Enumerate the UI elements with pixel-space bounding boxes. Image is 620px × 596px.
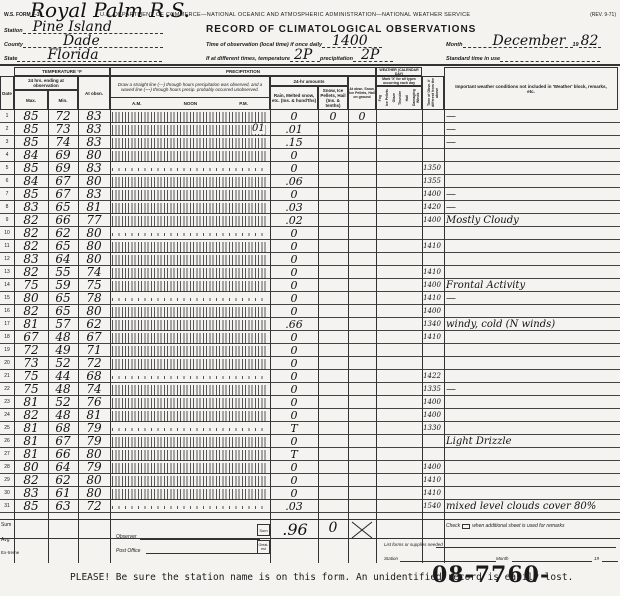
min-temp[interactable]: 72 bbox=[48, 110, 78, 122]
obs-temp[interactable]: 72 bbox=[78, 357, 110, 369]
snow-amount[interactable] bbox=[318, 461, 348, 473]
snow-amount[interactable] bbox=[318, 331, 348, 343]
obs-temp[interactable]: 83 bbox=[78, 123, 110, 135]
ground-snow[interactable] bbox=[348, 162, 376, 174]
hourly-precip-ticks[interactable] bbox=[112, 359, 268, 370]
snow-amount[interactable] bbox=[318, 162, 348, 174]
precip-amount[interactable]: 0 bbox=[270, 435, 318, 447]
min-temp[interactable]: 49 bbox=[48, 344, 78, 356]
obs-time[interactable] bbox=[422, 149, 442, 161]
min-temp[interactable]: 65 bbox=[48, 201, 78, 213]
hourly-precip-ticks[interactable] bbox=[112, 476, 268, 487]
ground-snow[interactable] bbox=[348, 227, 376, 239]
ground-snow[interactable] bbox=[348, 305, 376, 317]
obs-time[interactable] bbox=[422, 136, 442, 148]
day-number[interactable]: 20 bbox=[0, 357, 14, 369]
remark[interactable]: windy, cold (N winds) bbox=[446, 318, 618, 330]
remark[interactable] bbox=[446, 422, 618, 434]
max-temp[interactable]: 85 bbox=[14, 136, 48, 148]
hourly-precip-ticks[interactable] bbox=[112, 428, 268, 431]
min-temp[interactable]: 48 bbox=[48, 383, 78, 395]
precip-amount[interactable]: 0 bbox=[270, 188, 318, 200]
obs-time[interactable]: 1350 bbox=[422, 162, 442, 174]
snow-amount[interactable] bbox=[318, 240, 348, 252]
ground-snow[interactable]: 0 bbox=[348, 110, 376, 122]
obs-temp[interactable]: 78 bbox=[78, 292, 110, 304]
obs-time[interactable]: 1540 bbox=[422, 500, 442, 512]
remark[interactable] bbox=[446, 409, 618, 421]
max-temp[interactable]: 81 bbox=[14, 448, 48, 460]
hourly-precip-ticks[interactable] bbox=[112, 242, 268, 253]
standard-time-field[interactable]: Standard time in use bbox=[446, 50, 600, 62]
precip-amount[interactable]: 0 bbox=[270, 292, 318, 304]
remark[interactable]: — bbox=[446, 383, 618, 395]
hourly-precip-ticks[interactable] bbox=[112, 233, 268, 236]
day-number[interactable]: 25 bbox=[0, 422, 14, 434]
precip-amount[interactable]: 0 bbox=[270, 110, 318, 122]
max-temp[interactable]: 82 bbox=[14, 305, 48, 317]
hourly-precip-ticks[interactable] bbox=[112, 255, 268, 266]
obs-time[interactable]: 1422 bbox=[422, 370, 442, 382]
snow-amount[interactable] bbox=[318, 422, 348, 434]
hourly-precip-ticks[interactable] bbox=[112, 320, 268, 331]
min-temp[interactable]: 69 bbox=[48, 149, 78, 161]
obs-time[interactable]: 1400 bbox=[422, 396, 442, 408]
obs-temp[interactable]: 67 bbox=[78, 331, 110, 343]
snow-amount[interactable] bbox=[318, 487, 348, 499]
max-temp[interactable]: 80 bbox=[14, 292, 48, 304]
max-temp[interactable]: 82 bbox=[14, 474, 48, 486]
obs-time[interactable]: 1355 bbox=[422, 175, 442, 187]
day-number[interactable]: 14 bbox=[0, 279, 14, 291]
day-number[interactable]: 29 bbox=[0, 474, 14, 486]
day-number[interactable]: 11 bbox=[0, 240, 14, 252]
obs-temp[interactable]: 80 bbox=[78, 474, 110, 486]
min-temp[interactable]: 48 bbox=[48, 331, 78, 343]
ground-snow[interactable] bbox=[348, 487, 376, 499]
hourly-precip-ticks[interactable] bbox=[112, 268, 268, 279]
hourly-precip-ticks[interactable] bbox=[112, 450, 268, 461]
remark[interactable] bbox=[446, 370, 618, 382]
min-temp[interactable]: 62 bbox=[48, 474, 78, 486]
ground-snow[interactable] bbox=[348, 500, 376, 512]
day-number[interactable]: 27 bbox=[0, 448, 14, 460]
snow-amount[interactable] bbox=[318, 396, 348, 408]
obs-time[interactable] bbox=[422, 448, 442, 460]
snow-amount[interactable] bbox=[318, 409, 348, 421]
snow-amount[interactable] bbox=[318, 123, 348, 135]
max-temp[interactable]: 80 bbox=[14, 461, 48, 473]
obs-temp[interactable]: 71 bbox=[78, 344, 110, 356]
min-temp[interactable]: 65 bbox=[48, 240, 78, 252]
obs-temp[interactable]: 83 bbox=[78, 136, 110, 148]
obs-temp[interactable]: 80 bbox=[78, 305, 110, 317]
max-temp[interactable]: 75 bbox=[14, 383, 48, 395]
snow-amount[interactable] bbox=[318, 474, 348, 486]
max-temp[interactable]: 81 bbox=[14, 318, 48, 330]
obs-temp[interactable]: 80 bbox=[78, 448, 110, 460]
day-number[interactable]: 16 bbox=[0, 305, 14, 317]
max-temp[interactable]: 81 bbox=[14, 435, 48, 447]
hourly-precip-ticks[interactable] bbox=[112, 346, 268, 357]
snow-amount[interactable] bbox=[318, 136, 348, 148]
remark[interactable] bbox=[446, 331, 618, 343]
ground-snow[interactable] bbox=[348, 318, 376, 330]
min-temp[interactable]: 57 bbox=[48, 318, 78, 330]
day-number[interactable]: 19 bbox=[0, 344, 14, 356]
max-temp[interactable]: 83 bbox=[14, 201, 48, 213]
remark[interactable]: — bbox=[446, 123, 618, 135]
day-number[interactable]: 8 bbox=[0, 201, 14, 213]
precip-amount[interactable]: .06 bbox=[270, 175, 318, 187]
day-number[interactable]: 22 bbox=[0, 383, 14, 395]
day-number[interactable]: 13 bbox=[0, 266, 14, 278]
remark[interactable] bbox=[446, 266, 618, 278]
obs-time[interactable]: 1400 bbox=[422, 305, 442, 317]
max-temp[interactable]: 82 bbox=[14, 266, 48, 278]
obs-temp[interactable]: 62 bbox=[78, 318, 110, 330]
snow-amount[interactable] bbox=[318, 383, 348, 395]
hourly-precip-ticks[interactable] bbox=[112, 506, 268, 509]
max-temp[interactable]: 82 bbox=[14, 409, 48, 421]
hourly-precip-ticks[interactable] bbox=[112, 203, 268, 214]
remark[interactable]: — bbox=[446, 292, 618, 304]
min-temp[interactable]: 64 bbox=[48, 253, 78, 265]
obs-temp[interactable]: 80 bbox=[78, 240, 110, 252]
max-temp[interactable]: 82 bbox=[14, 240, 48, 252]
ground-snow[interactable] bbox=[348, 344, 376, 356]
ground-snow[interactable] bbox=[348, 422, 376, 434]
max-temp[interactable]: 85 bbox=[14, 188, 48, 200]
obs-temp[interactable]: 77 bbox=[78, 214, 110, 226]
min-temp[interactable]: 64 bbox=[48, 461, 78, 473]
obs-temp[interactable]: 72 bbox=[78, 500, 110, 512]
hourly-precip-ticks[interactable] bbox=[112, 376, 268, 379]
day-number[interactable]: 28 bbox=[0, 461, 14, 473]
obs-time[interactable]: 1400 bbox=[422, 409, 442, 421]
obs-temp[interactable]: 68 bbox=[78, 370, 110, 382]
obs-time[interactable]: 1410 bbox=[422, 487, 442, 499]
ground-snow[interactable] bbox=[348, 396, 376, 408]
snow-amount[interactable] bbox=[318, 448, 348, 460]
ground-snow[interactable] bbox=[348, 383, 376, 395]
snow-amount[interactable] bbox=[318, 214, 348, 226]
obs-temp[interactable]: 80 bbox=[78, 227, 110, 239]
day-number[interactable]: 24 bbox=[0, 409, 14, 421]
remark[interactable]: — bbox=[446, 110, 618, 122]
hourly-precip-ticks[interactable] bbox=[112, 307, 268, 318]
remark[interactable] bbox=[446, 162, 618, 174]
ground-snow[interactable] bbox=[348, 331, 376, 343]
snow-amount[interactable] bbox=[318, 292, 348, 304]
snow-amount[interactable] bbox=[318, 253, 348, 265]
ground-snow[interactable] bbox=[348, 435, 376, 447]
obs-time[interactable]: 1420 bbox=[422, 201, 442, 213]
precip-amount[interactable]: 0 bbox=[270, 461, 318, 473]
precip-amount[interactable]: 0 bbox=[270, 357, 318, 369]
obs-time[interactable]: 1410 bbox=[422, 292, 442, 304]
remark[interactable] bbox=[446, 253, 618, 265]
ground-snow[interactable] bbox=[348, 201, 376, 213]
post-office-line[interactable] bbox=[146, 553, 260, 554]
min-temp[interactable]: 52 bbox=[48, 396, 78, 408]
obs-time[interactable]: 1410 bbox=[422, 474, 442, 486]
day-number[interactable]: 6 bbox=[0, 175, 14, 187]
hourly-precip-ticks[interactable] bbox=[112, 112, 268, 123]
ground-snow[interactable] bbox=[348, 461, 376, 473]
snow-amount[interactable] bbox=[318, 279, 348, 291]
remark[interactable] bbox=[446, 487, 618, 499]
remark[interactable] bbox=[446, 344, 618, 356]
obs-time[interactable]: 1400 bbox=[422, 279, 442, 291]
snow-amount[interactable] bbox=[318, 188, 348, 200]
day-number[interactable]: 23 bbox=[0, 396, 14, 408]
min-temp[interactable]: 63 bbox=[48, 500, 78, 512]
obs-time[interactable] bbox=[422, 123, 442, 135]
hourly-precip-ticks[interactable] bbox=[112, 281, 268, 292]
obs-temp[interactable]: 83 bbox=[78, 162, 110, 174]
day-number[interactable]: 26 bbox=[0, 435, 14, 447]
precip-amount[interactable]: 0 bbox=[270, 409, 318, 421]
max-temp[interactable]: 67 bbox=[14, 331, 48, 343]
obs-time[interactable] bbox=[422, 344, 442, 356]
remark[interactable] bbox=[446, 448, 618, 460]
hourly-precip-ticks[interactable] bbox=[112, 411, 268, 422]
remark[interactable]: Frontal Activity bbox=[446, 279, 618, 291]
precip-amount[interactable]: 0 bbox=[270, 149, 318, 161]
precip-amount[interactable]: 0 bbox=[270, 331, 318, 343]
hourly-precip-ticks[interactable] bbox=[112, 385, 268, 396]
precip-amount[interactable]: 0 bbox=[270, 396, 318, 408]
obs-temp[interactable]: 79 bbox=[78, 461, 110, 473]
max-temp[interactable]: 85 bbox=[14, 500, 48, 512]
day-number[interactable]: 17 bbox=[0, 318, 14, 330]
additional-sheet-checkbox[interactable] bbox=[462, 524, 470, 529]
min-temp[interactable]: 62 bbox=[48, 227, 78, 239]
state-field[interactable]: State Florida bbox=[4, 50, 162, 62]
obs-temp[interactable]: 76 bbox=[78, 396, 110, 408]
max-temp[interactable]: 85 bbox=[14, 162, 48, 174]
ground-snow[interactable] bbox=[348, 136, 376, 148]
ground-snow[interactable] bbox=[348, 474, 376, 486]
month-field[interactable]: Month December 19 82 bbox=[446, 36, 601, 48]
day-number[interactable]: 12 bbox=[0, 253, 14, 265]
max-temp[interactable]: 73 bbox=[14, 357, 48, 369]
obs-time[interactable] bbox=[422, 110, 442, 122]
remark[interactable]: mixed level clouds cover 80% bbox=[446, 500, 618, 512]
day-number[interactable]: 18 bbox=[0, 331, 14, 343]
remark[interactable]: — bbox=[446, 188, 618, 200]
obs-temp[interactable]: 80 bbox=[78, 149, 110, 161]
hourly-precip-ticks[interactable] bbox=[112, 398, 268, 409]
ground-snow[interactable] bbox=[348, 292, 376, 304]
ground-snow[interactable] bbox=[348, 279, 376, 291]
precip-amount[interactable]: 0 bbox=[270, 344, 318, 356]
obs-temp[interactable]: 75 bbox=[78, 279, 110, 291]
hourly-precip-ticks[interactable] bbox=[112, 190, 268, 201]
precip-amount[interactable]: T bbox=[270, 422, 318, 434]
day-number[interactable]: 31 bbox=[0, 500, 14, 512]
hourly-precip-ticks[interactable] bbox=[112, 177, 268, 188]
min-temp[interactable]: 67 bbox=[48, 175, 78, 187]
snow-amount[interactable] bbox=[318, 175, 348, 187]
obs-time[interactable]: 1410 bbox=[422, 266, 442, 278]
remark[interactable] bbox=[446, 357, 618, 369]
day-number[interactable]: 9 bbox=[0, 214, 14, 226]
obs-temp[interactable]: 83 bbox=[78, 110, 110, 122]
obs-temp[interactable]: 81 bbox=[78, 201, 110, 213]
hourly-precip-ticks[interactable] bbox=[112, 298, 268, 301]
precip-amount[interactable]: 0 bbox=[270, 162, 318, 174]
snow-amount[interactable] bbox=[318, 266, 348, 278]
max-temp[interactable]: 85 bbox=[14, 110, 48, 122]
snow-amount[interactable] bbox=[318, 149, 348, 161]
min-temp[interactable]: 67 bbox=[48, 435, 78, 447]
day-number[interactable]: 10 bbox=[0, 227, 14, 239]
precip-amount[interactable]: 0 bbox=[270, 227, 318, 239]
precip-amount[interactable]: .03 bbox=[270, 500, 318, 512]
hourly-precip-ticks[interactable] bbox=[112, 463, 268, 474]
min-temp[interactable]: 69 bbox=[48, 162, 78, 174]
max-temp[interactable]: 81 bbox=[14, 396, 48, 408]
day-number[interactable]: 7 bbox=[0, 188, 14, 200]
precip-amount[interactable]: .02 bbox=[270, 214, 318, 226]
remark[interactable]: — bbox=[446, 201, 618, 213]
ground-snow[interactable] bbox=[348, 188, 376, 200]
precip-amount[interactable]: 0 bbox=[270, 383, 318, 395]
snow-amount[interactable]: 0 bbox=[318, 110, 348, 122]
max-temp[interactable]: 75 bbox=[14, 370, 48, 382]
observer-line[interactable] bbox=[140, 539, 260, 540]
day-number[interactable]: 30 bbox=[0, 487, 14, 499]
snow-amount[interactable] bbox=[318, 318, 348, 330]
day-number[interactable]: 3 bbox=[0, 136, 14, 148]
precip-amount[interactable]: 0 bbox=[270, 240, 318, 252]
precip-amount[interactable]: 0 bbox=[270, 305, 318, 317]
remark[interactable] bbox=[446, 305, 618, 317]
obs-time[interactable]: 1400 bbox=[422, 461, 442, 473]
remark[interactable] bbox=[446, 396, 618, 408]
obs-temp[interactable]: 80 bbox=[78, 487, 110, 499]
obs-temp[interactable]: 80 bbox=[78, 253, 110, 265]
snow-amount[interactable] bbox=[318, 305, 348, 317]
ground-snow[interactable] bbox=[348, 448, 376, 460]
precip-amount[interactable]: .01 bbox=[270, 123, 318, 135]
snow-amount[interactable] bbox=[318, 201, 348, 213]
min-temp[interactable]: 66 bbox=[48, 214, 78, 226]
obs-time[interactable] bbox=[422, 227, 442, 239]
precip-amount[interactable]: 0 bbox=[270, 279, 318, 291]
max-temp[interactable]: 72 bbox=[14, 344, 48, 356]
ground-snow[interactable] bbox=[348, 214, 376, 226]
obs-temp[interactable]: 74 bbox=[78, 266, 110, 278]
obs-temp[interactable]: 79 bbox=[78, 435, 110, 447]
obs-temp[interactable]: 74 bbox=[78, 383, 110, 395]
max-temp[interactable]: 84 bbox=[14, 149, 48, 161]
snow-amount[interactable] bbox=[318, 370, 348, 382]
max-temp[interactable]: 82 bbox=[14, 227, 48, 239]
remark[interactable] bbox=[446, 227, 618, 239]
precip-amount[interactable]: T bbox=[270, 448, 318, 460]
obs-time[interactable]: 1340 bbox=[422, 318, 442, 330]
max-temp[interactable]: 83 bbox=[14, 253, 48, 265]
max-temp[interactable]: 81 bbox=[14, 422, 48, 434]
min-temp[interactable]: 74 bbox=[48, 136, 78, 148]
day-number[interactable]: 5 bbox=[0, 162, 14, 174]
obs-time[interactable]: 1330 bbox=[422, 422, 442, 434]
hourly-precip-ticks[interactable] bbox=[112, 437, 268, 448]
precip-amount[interactable]: 0 bbox=[270, 487, 318, 499]
day-number[interactable]: 21 bbox=[0, 370, 14, 382]
obs-temp[interactable]: 79 bbox=[78, 422, 110, 434]
snow-amount[interactable] bbox=[318, 500, 348, 512]
day-number[interactable]: 15 bbox=[0, 292, 14, 304]
remark[interactable] bbox=[446, 240, 618, 252]
hourly-precip-ticks[interactable] bbox=[112, 168, 268, 171]
min-temp[interactable]: 73 bbox=[48, 123, 78, 135]
min-temp[interactable]: 55 bbox=[48, 266, 78, 278]
obs-time[interactable]: 1410 bbox=[422, 331, 442, 343]
obs-time[interactable]: 1410 bbox=[422, 240, 442, 252]
ground-snow[interactable] bbox=[348, 370, 376, 382]
day-number[interactable]: 4 bbox=[0, 149, 14, 161]
precip-amount[interactable]: .66 bbox=[270, 318, 318, 330]
hourly-precip-ticks[interactable] bbox=[112, 151, 268, 162]
remark[interactable]: — bbox=[446, 136, 618, 148]
year-footer-line[interactable] bbox=[602, 561, 618, 562]
min-temp[interactable]: 44 bbox=[48, 370, 78, 382]
min-temp[interactable]: 61 bbox=[48, 487, 78, 499]
day-number[interactable]: 2 bbox=[0, 123, 14, 135]
min-temp[interactable]: 65 bbox=[48, 305, 78, 317]
obs-time[interactable] bbox=[422, 253, 442, 265]
min-temp[interactable]: 68 bbox=[48, 422, 78, 434]
ground-snow[interactable] bbox=[348, 240, 376, 252]
precip-amount[interactable]: 0 bbox=[270, 474, 318, 486]
hourly-precip-ticks[interactable] bbox=[112, 216, 268, 227]
max-temp[interactable]: 75 bbox=[14, 279, 48, 291]
snow-amount[interactable] bbox=[318, 357, 348, 369]
ground-snow[interactable] bbox=[348, 123, 376, 135]
obs-time[interactable] bbox=[422, 435, 442, 447]
day-number[interactable]: 1 bbox=[0, 110, 14, 122]
precip-amount[interactable]: .15 bbox=[270, 136, 318, 148]
min-temp[interactable]: 65 bbox=[48, 292, 78, 304]
min-temp[interactable]: 52 bbox=[48, 357, 78, 369]
obs-temp[interactable]: 83 bbox=[78, 188, 110, 200]
obs-temp[interactable]: 81 bbox=[78, 409, 110, 421]
max-temp[interactable]: 85 bbox=[14, 123, 48, 135]
obs-temp[interactable]: 80 bbox=[78, 175, 110, 187]
ground-snow[interactable] bbox=[348, 357, 376, 369]
ground-snow[interactable] bbox=[348, 253, 376, 265]
max-temp[interactable]: 83 bbox=[14, 487, 48, 499]
remark[interactable] bbox=[446, 149, 618, 161]
ground-snow[interactable] bbox=[348, 175, 376, 187]
precip-amount[interactable]: 0 bbox=[270, 266, 318, 278]
precip-amount[interactable]: 0 bbox=[270, 253, 318, 265]
remark[interactable] bbox=[446, 175, 618, 187]
hourly-precip-ticks[interactable] bbox=[112, 138, 268, 149]
hourly-precip-ticks[interactable] bbox=[112, 125, 268, 136]
obs-time[interactable]: 1400 bbox=[422, 188, 442, 200]
remark[interactable]: Mostly Cloudy bbox=[446, 214, 618, 226]
remark[interactable] bbox=[446, 474, 618, 486]
obs-time[interactable] bbox=[422, 357, 442, 369]
diff-times-field[interactable]: If at different times, temperature 2P pr… bbox=[206, 50, 393, 62]
hourly-precip-ticks[interactable] bbox=[112, 333, 268, 344]
obs-time[interactable]: 1400 bbox=[422, 214, 442, 226]
